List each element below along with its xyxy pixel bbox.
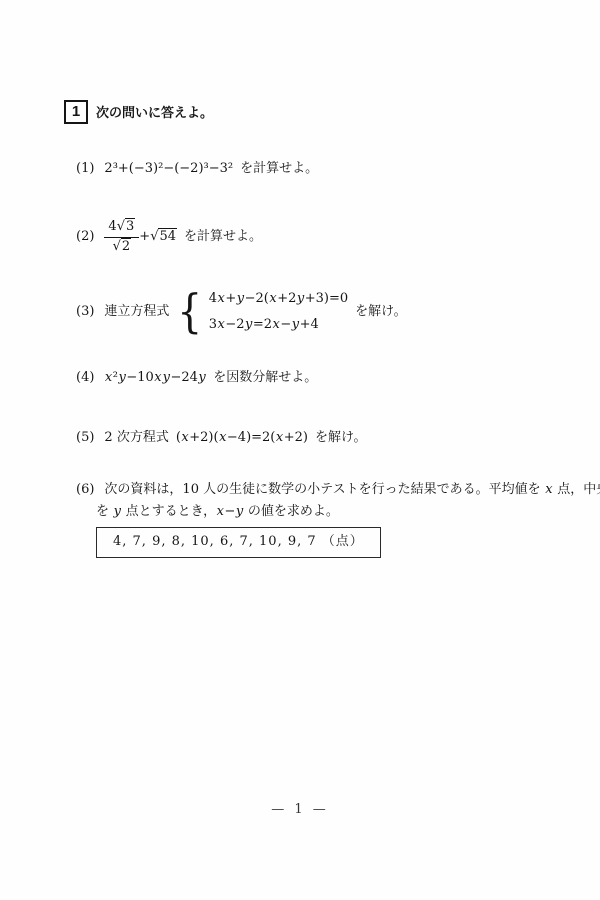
problem-2-instruction: を計算せよ。 (184, 228, 262, 246)
page-number: — 1 — (0, 801, 600, 819)
section-number-box: 1 (64, 100, 88, 124)
problem-5-instruction: を解け。 (315, 429, 366, 447)
problem-3-instruction: を解け。 (355, 303, 406, 321)
problem-1: (1) 2³+(−3)²−(−2)³−3² を計算せよ。 (76, 160, 318, 178)
problem-6-label: (6) (76, 481, 94, 499)
fraction-numerator: 4√3 (104, 219, 139, 238)
section-title: 次の問いに答えよ。 (96, 104, 213, 122)
problem-3: (3) 連立方程式 { 4x+y−2(x+2y+3)=0 3x−2y=2x−y+… (76, 286, 407, 338)
problem-5-expression: (x+2)(x−4)=2(x+2) (176, 429, 308, 447)
problem-2-label: (2) (76, 228, 94, 246)
problem-2: (2) 4√3 √2 +√54 を計算せよ。 (76, 214, 262, 260)
problem-4: (4) x²y−10xy−24y を因数分解せよ。 (76, 369, 317, 387)
problem-6-text-line1: 次の資料は，10 人の生徒に数学の小テストを行った結果である。平均値を x 点，… (104, 481, 600, 499)
exam-page: 1 次の問いに答えよ。 (1) 2³+(−3)²−(−2)³−3² を計算せよ。… (0, 0, 600, 900)
problem-6: (6) 次の資料は，10 人の生徒に数学の小テストを行った結果である。平均値を … (76, 481, 600, 499)
equation-1: 4x+y−2(x+2y+3)=0 (209, 290, 348, 308)
problem-4-instruction: を因数分解せよ。 (213, 369, 317, 387)
problem-6-text-line2: を y 点とするとき，x−y の値を求めよ。 (96, 503, 339, 521)
problem-1-instruction: を計算せよ。 (240, 160, 318, 178)
problem-3-prefix: 連立方程式 (104, 303, 169, 321)
section-number: 1 (72, 102, 80, 122)
problem-5-label: (5) (76, 429, 94, 447)
system-brace: { (178, 291, 203, 332)
score-data-box: 4, 7, 9, 8, 10, 6, 7, 10, 9, 7 （点） (96, 527, 381, 558)
fraction-denominator: √2 (113, 238, 132, 256)
problem-2-fraction: 4√3 √2 (104, 219, 139, 256)
equation-2: 3x−2y=2x−y+4 (209, 316, 348, 334)
equation-system: 4x+y−2(x+2y+3)=0 3x−2y=2x−y+4 (209, 290, 348, 333)
problem-4-label: (4) (76, 369, 94, 387)
problem-1-expression: 2³+(−3)²−(−2)³−3² (104, 160, 233, 178)
problem-2-expression: +√54 (139, 228, 177, 246)
problem-5-prefix: 2 次方程式 (104, 429, 168, 447)
problem-4-expression: x²y−10xy−24y (104, 369, 206, 387)
score-data-values: 4, 7, 9, 8, 10, 6, 7, 10, 9, 7 （点） (113, 534, 364, 549)
problem-5: (5) 2 次方程式 (x+2)(x−4)=2(x+2) を解け。 (76, 429, 366, 447)
problem-1-label: (1) (76, 160, 94, 178)
problem-3-label: (3) (76, 303, 94, 321)
